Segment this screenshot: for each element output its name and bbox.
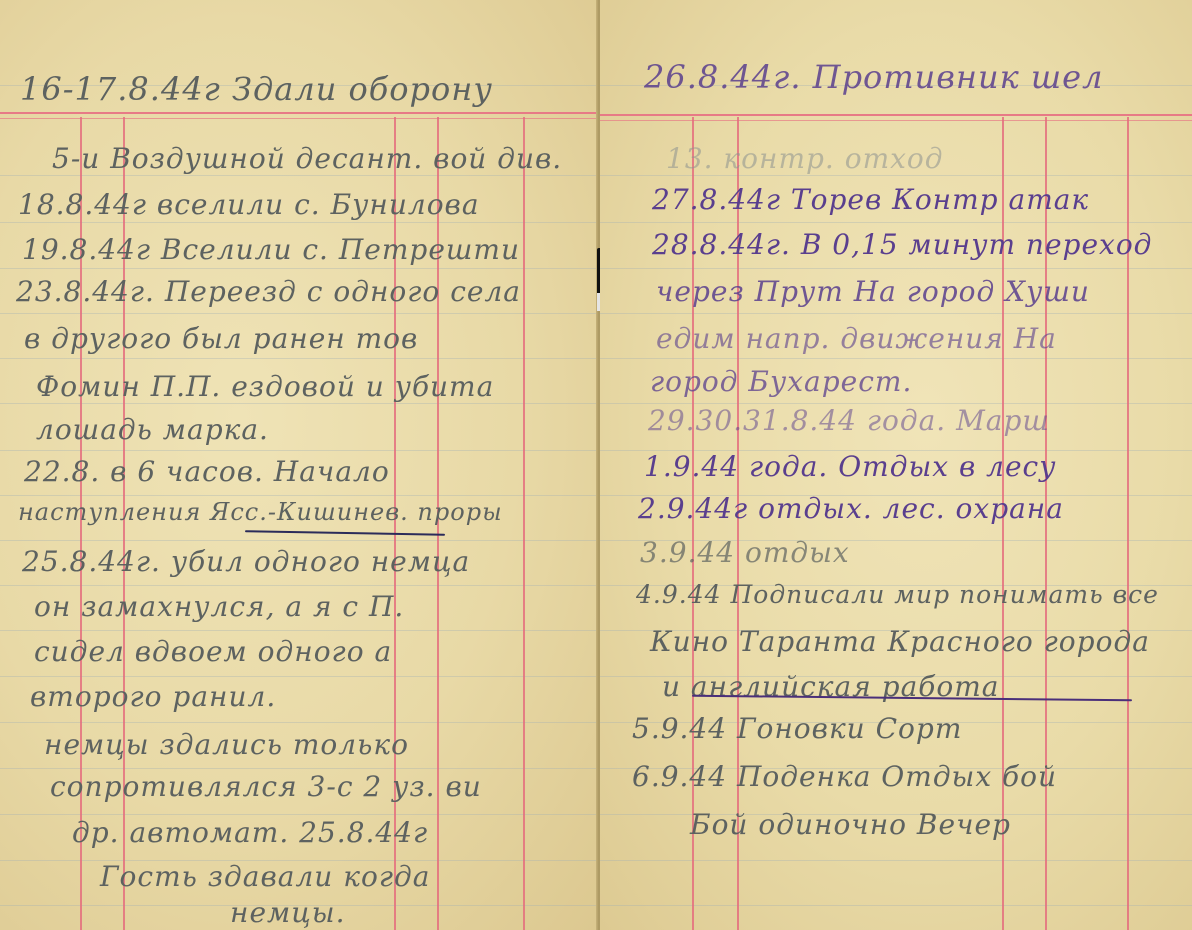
diary-line: немцы здались только <box>44 728 409 761</box>
diary-line: 23.8.44г. Переезд с одного села <box>16 275 521 308</box>
diary-line: немцы. <box>230 896 345 929</box>
right-page-header: 26.8.44г. Противник шел <box>644 58 1103 96</box>
right-page: 26.8.44г. Противник шел 13. контр. отход… <box>600 0 1192 930</box>
diary-line: едим напр. движения На <box>656 322 1057 355</box>
diary-line: 27.8.44г Торев Контр атак <box>652 183 1089 216</box>
diary-line: в другого был ранен тов <box>24 322 418 355</box>
diary-line: второго ранил. <box>30 680 276 713</box>
diary-line: Бой одиночно Вечер <box>690 808 1011 841</box>
left-page-header: 16-17.8.44г Здали оборону <box>20 70 493 108</box>
diary-line: он замахнулся, а я с П. <box>34 590 404 623</box>
diary-line: 22.8. в 6 часов. Начало <box>24 455 390 488</box>
diary-line: Кино Таранта Красного города <box>650 625 1150 658</box>
diary-line: 3.9.44 отдых <box>640 536 850 569</box>
diary-line: 6.9.44 Поденка Отдых бой <box>632 760 1057 793</box>
diary-line: 25.8.44г. убил одного немца <box>22 545 470 578</box>
diary-line: 5-и Воздушной десант. вой див. <box>52 142 562 175</box>
diary-line: 13. контр. отход <box>666 142 944 175</box>
diary-line: 28.8.44г. В 0,15 минут переход <box>652 228 1152 261</box>
diary-line: лошадь марка. <box>36 413 269 446</box>
diary-line: 4.9.44 Подписали мир понимать все <box>636 580 1159 609</box>
diary-line: Гость здавали когда <box>100 860 430 893</box>
diary-line: наступления Ясс.-Кишинев. проры <box>18 498 503 526</box>
diary-line: 18.8.44г вселили с. Бунилова <box>18 188 480 221</box>
left-page: 16-17.8.44г Здали оборону 5-и Воздушной … <box>0 0 598 930</box>
diary-line: через Прут На город Хуши <box>656 275 1090 308</box>
diary-line: 1.9.44 года. Отдых в лесу <box>644 450 1056 483</box>
diary-line: др. автомат. 25.8.44г <box>72 816 428 849</box>
diary-line: сидел вдвоем одного а <box>34 635 392 668</box>
diary-line: 19.8.44г Вселили с. Петрешти <box>22 233 520 266</box>
diary-line: 29.30.31.8.44 года. Марш <box>648 404 1050 437</box>
diary-line: 5.9.44 Гоновки Сорт <box>632 712 962 745</box>
diary-line: 2.9.44г отдых. лес. охрана <box>638 492 1064 525</box>
diary-line: город Бухарест. <box>650 365 912 398</box>
underline-mark <box>245 530 445 535</box>
diary-line: сопротивлялся 3-с 2 уз. ви <box>50 770 482 803</box>
diary-line: Фомин П.П. ездовой и убита <box>36 370 494 403</box>
